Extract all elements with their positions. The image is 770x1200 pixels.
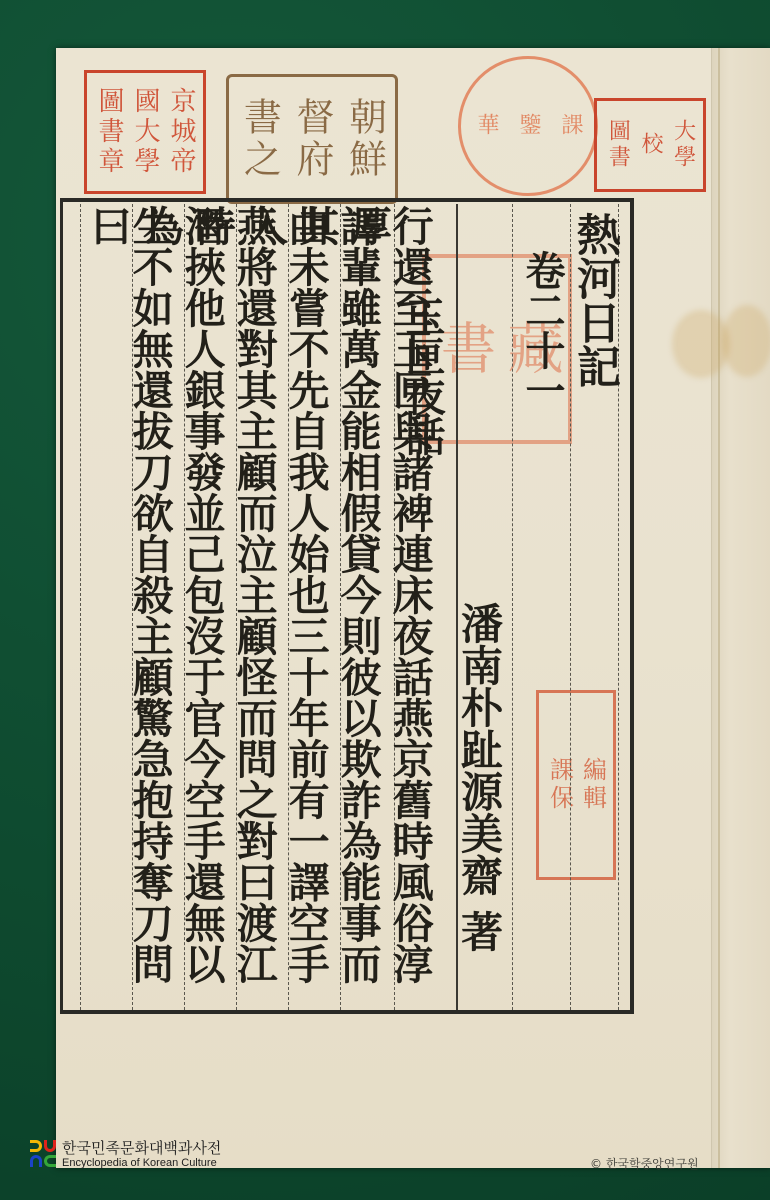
book-title: 熱河日記 (572, 212, 616, 388)
seal-text: 課 (559, 113, 581, 139)
seal-text: 華 (475, 113, 497, 139)
seal-keijo-imperial-university: 京城帝 國大學 圖書章 (84, 70, 206, 194)
body-column: 生不如無還拔刀欲自殺主顧驚急抱持奪刀問曰 (86, 205, 170, 1005)
brand-english: Encyclopedia of Korean Culture (62, 1157, 221, 1169)
seal-round: 課 鑒 華 (458, 56, 598, 196)
fold-line (718, 48, 720, 1168)
author-name: 潘南朴趾源美齋著 (458, 602, 500, 952)
brand-korean: 한국민족문화대백과사전 (62, 1140, 221, 1157)
seal-text: 國大學 (132, 87, 158, 177)
seal-text: 圖書章 (96, 87, 122, 177)
seal-text: 大學 (672, 119, 694, 171)
volume-number: 卷二十一 (522, 250, 562, 410)
column-rule (512, 204, 513, 1010)
copyright-notice: © 한국학중앙연구원 (590, 1155, 699, 1172)
seal-text: 朝鮮 (346, 97, 384, 181)
seal-university-library: 大學 校 圖書 (594, 98, 706, 192)
seal-text: 京城帝 (168, 87, 194, 177)
seal-text: 督府 (293, 97, 331, 181)
seal-governor-general: 朝鮮 督府 書之 (226, 74, 398, 204)
seal-text: 鑒 (517, 113, 539, 139)
encyclopedia-logo-icon (30, 1140, 58, 1168)
author-text: 潘南朴趾源美齋 (455, 602, 504, 896)
water-stain (722, 305, 770, 377)
seal-text: 圖書 (606, 119, 628, 171)
author-suffix: 著 (458, 910, 500, 952)
seal-text: 校 (639, 132, 661, 158)
seal-text: 書之 (240, 97, 278, 181)
column-rule (80, 204, 81, 1010)
encyclopedia-brand: 한국민족문화대백과사전 Encyclopedia of Korean Cultu… (30, 1140, 221, 1169)
